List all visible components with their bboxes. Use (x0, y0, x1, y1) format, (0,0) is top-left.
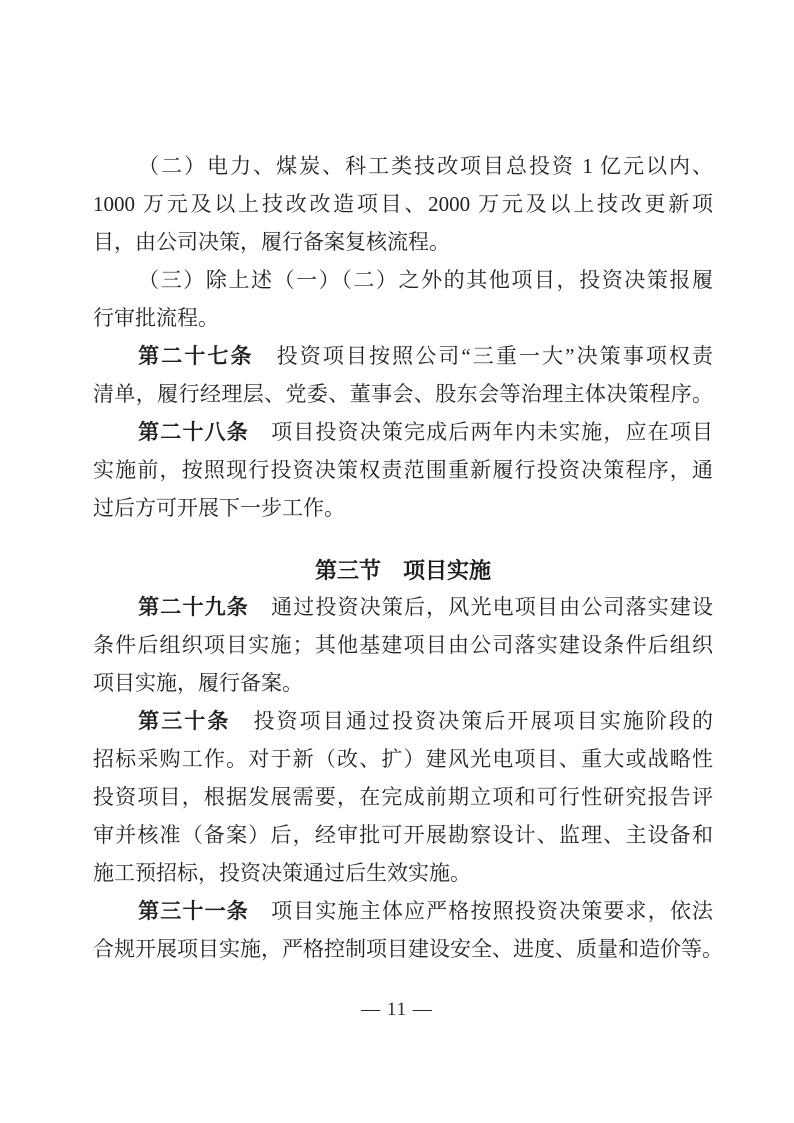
text-line: 第三十条 投资项目通过投资决策后开展项目实施阶段的 (93, 702, 713, 740)
text-line: 审并核准（备案）后，经审批可开展勘察设计、监理、主设备和 (93, 816, 713, 854)
article-number: 第二十八条 (138, 420, 249, 444)
text-line: 合规开展项目实施，严格控制项目建设安全、进度、质量和造价等。 (93, 930, 713, 968)
paragraph: 第三十条 投资项目通过投资决策后开展项目实施阶段的 招标采购工作。对于新（改、扩… (93, 702, 713, 892)
text-line: 第二十九条 通过投资决策后，风光电项目由公司落实建设 (93, 588, 713, 626)
article-number: 第二十七条 (138, 344, 253, 368)
article-number: 第三十条 (138, 709, 230, 733)
document-body: （二）电力、煤炭、科工类技改项目总投资 1 亿元以内、 1000 万元及以上技改… (93, 147, 713, 968)
document-page: （二）电力、煤炭、科工类技改项目总投资 1 亿元以内、 1000 万元及以上技改… (0, 0, 794, 1123)
text-line: （二）电力、煤炭、科工类技改项目总投资 1 亿元以内、 (93, 147, 713, 185)
text-line: 第二十八条 项目投资决策完成后两年内未实施，应在项目 (93, 413, 713, 451)
text-line: 条件后组织项目实施；其他基建项目由公司落实建设条件后组织 (93, 626, 713, 664)
text-line: 投资项目，根据发展需要，在完成前期立项和可行性研究报告评 (93, 778, 713, 816)
paragraph: 第三十一条 项目实施主体应严格按照投资决策要求，依法 合规开展项目实施，严格控制… (93, 892, 713, 968)
text-line: 过后方可开展下一步工作。 (93, 489, 713, 527)
text-line: 第二十七条 投资项目按照公司“三重一大”决策事项权责 (93, 337, 713, 375)
text-line: 行审批流程。 (93, 299, 713, 337)
text-line: 实施前，按照现行投资决策权责范围重新履行投资决策程序，通 (93, 451, 713, 489)
text-line: 招标采购工作。对于新（改、扩）建风光电项目、重大或战略性 (93, 740, 713, 778)
paragraph: （三）除上述（一）（二）之外的其他项目，投资决策报履 行审批流程。 (93, 261, 713, 337)
text-line: 清单，履行经理层、党委、董事会、股东会等治理主体决策程序。 (93, 375, 713, 413)
article-number: 第三十一条 (138, 899, 249, 923)
paragraph: 第二十八条 项目投资决策完成后两年内未实施，应在项目 实施前，按照现行投资决策权… (93, 413, 713, 527)
paragraph: （二）电力、煤炭、科工类技改项目总投资 1 亿元以内、 1000 万元及以上技改… (93, 147, 713, 261)
text-line: 施工预招标，投资决策通过后生效实施。 (93, 854, 713, 892)
text-line: 目，由公司决策，履行备案复核流程。 (93, 223, 713, 261)
paragraph: 第二十九条 通过投资决策后，风光电项目由公司落实建设 条件后组织项目实施；其他基… (93, 588, 713, 702)
article-number: 第二十九条 (138, 595, 249, 619)
section-heading: 第三节 项目实施 (93, 554, 713, 588)
text-line: （三）除上述（一）（二）之外的其他项目，投资决策报履 (93, 261, 713, 299)
text-line: 项目实施，履行备案。 (93, 664, 713, 702)
text-line: 第三十一条 项目实施主体应严格按照投资决策要求，依法 (93, 892, 713, 930)
page-number: — 11 — (0, 998, 794, 1022)
text-line: 1000 万元及以上技改改造项目、2000 万元及以上技改更新项 (93, 185, 713, 223)
paragraph: 第二十七条 投资项目按照公司“三重一大”决策事项权责 清单，履行经理层、党委、董… (93, 337, 713, 413)
